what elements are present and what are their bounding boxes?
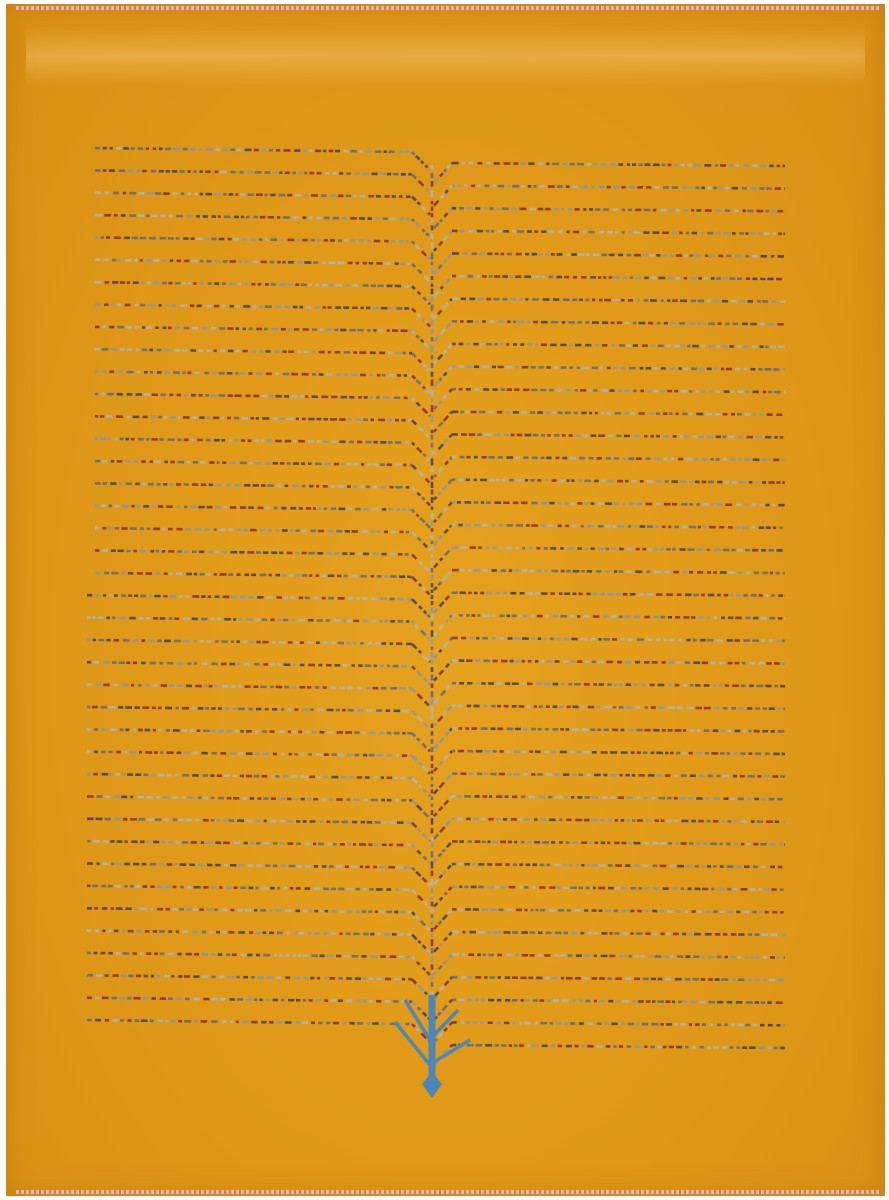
dashed-rows: [87, 148, 785, 1065]
tree-root-diamond: [422, 1072, 442, 1098]
rug-pattern: [0, 0, 889, 1200]
